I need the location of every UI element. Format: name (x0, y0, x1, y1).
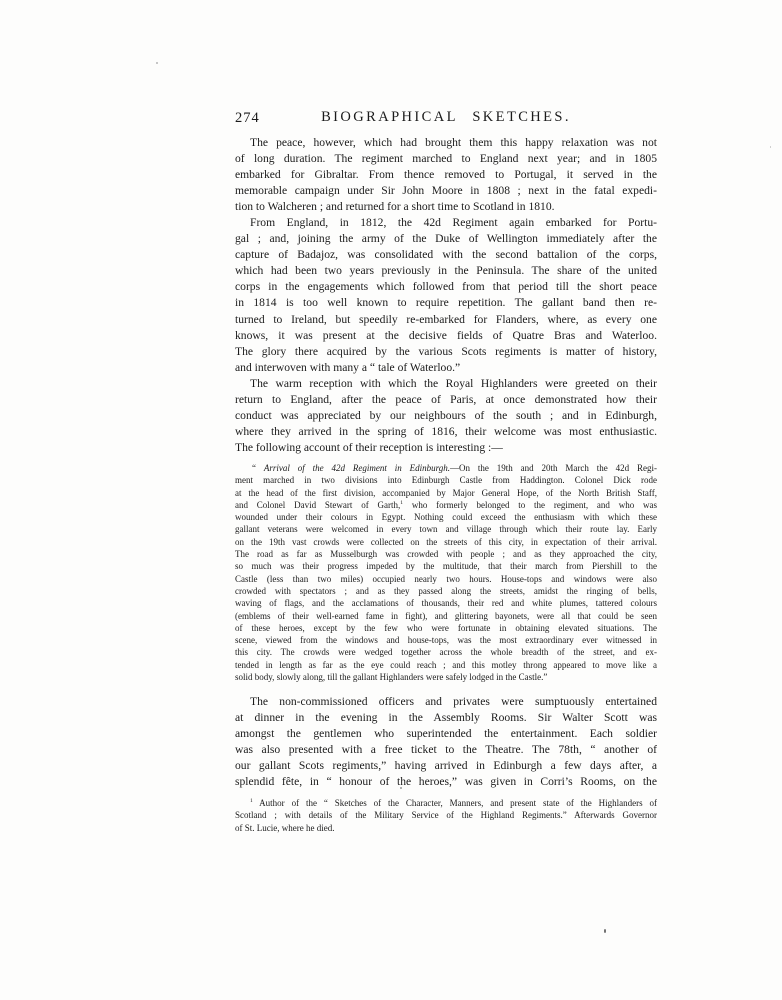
text-line: tion to Walcheren ; and returned for a s… (235, 199, 657, 215)
text-line: our gallant Scots regiments,” having arr… (235, 758, 657, 774)
text-line: The glory there acquired by the various … (235, 344, 657, 360)
text-line: Scotland ; with details of the Military … (235, 809, 657, 821)
text-line: was also presented with a free ticket to… (235, 742, 657, 758)
text-line: conduct was appreciated by our neighbour… (235, 408, 657, 424)
text-line: ment marched in two divisions into Edinb… (235, 474, 657, 486)
text-line: tended in length as far as the eye could… (235, 659, 657, 671)
text-line: so much was their progress impeded by th… (235, 560, 657, 572)
text-line: The following account of their reception… (235, 440, 657, 456)
text-line: of long duration. The regiment marched t… (235, 151, 657, 167)
text-line: wounded under their colours in Egypt. No… (235, 511, 657, 523)
text-line: “ Arrival of the 42d Regiment in Edinbur… (235, 462, 657, 474)
text-line: memorable campaign under Sir John Moore … (235, 183, 657, 199)
text-line: and interwoven with many a “ tale of Wat… (235, 360, 657, 376)
text-line: on the 19th vast crowds were collected o… (235, 536, 657, 548)
text-line: this city. The crowds were wedged togeth… (235, 646, 657, 658)
scan-speck (770, 146, 771, 148)
text-line: gal ; and, joining the army of the Duke … (235, 231, 657, 247)
text-line: capture of Badajoz, was consolidated wit… (235, 247, 657, 263)
scan-speck (400, 787, 402, 789)
text-line: at dinner in the evening in the Assembly… (235, 710, 657, 726)
text-line: The peace, however, which had brought th… (235, 135, 657, 151)
text-line: where they arrived in the spring of 1816… (235, 424, 657, 440)
text-line: From England, in 1812, the 42d Regiment … (235, 215, 657, 231)
text-line: and Colonel David Stewart of Garth,1 who… (235, 499, 657, 511)
scan-speck (156, 62, 158, 64)
text-line: The non-commissioned officers and privat… (235, 694, 657, 710)
text-line: solid body, slowly along, till the galla… (235, 671, 657, 683)
text-line: crowded with spectators ; and as they pa… (235, 585, 657, 597)
text-line: in 1814 is too well known to require rep… (235, 295, 657, 311)
paragraph: From England, in 1812, the 42d Regiment … (235, 215, 657, 376)
text-line: 1 Author of the “ Sketches of the Charac… (235, 797, 657, 809)
book-page: 274 BIOGRAPHICAL SKETCHES. The peace, ho… (0, 0, 782, 1000)
text-line: amongst the gentlemen who superintended … (235, 726, 657, 742)
text-line: knows, it was present at the decisive fi… (235, 328, 657, 344)
text-line: splendid fête, in “ honour of the heroes… (235, 774, 657, 790)
text-line: Castle (less than two miles) occupied ne… (235, 573, 657, 585)
paragraph: The non-commissioned officers and privat… (235, 694, 657, 791)
text-column: The peace, however, which had brought th… (235, 0, 657, 1000)
block-quote: “ Arrival of the 42d Regiment in Edinbur… (235, 462, 657, 683)
text-line: corps in the engagements which followed … (235, 279, 657, 295)
text-line: The warm reception with which the Royal … (235, 376, 657, 392)
text-line: embarked for Gibraltar. From thence remo… (235, 167, 657, 183)
text-line: scene, viewed from the windows and house… (235, 634, 657, 646)
text-line: waving of flags, and the acclamations of… (235, 597, 657, 609)
paragraph: The warm reception with which the Royal … (235, 376, 657, 456)
footnote: 1 Author of the “ Sketches of the Charac… (235, 797, 657, 834)
text-line: of these heroes, except by the few who w… (235, 622, 657, 634)
text-line: The road as far as Musselburgh was crowd… (235, 548, 657, 560)
text-line: gallant veterans were welcomed in every … (235, 523, 657, 535)
text-line: turned to Ireland, but speedily re-embar… (235, 312, 657, 328)
paragraph: The peace, however, which had brought th… (235, 135, 657, 215)
text-line: (emblems of their well-earned fame in fi… (235, 610, 657, 622)
scan-speck (604, 929, 606, 933)
text-line: at the head of the first division, accom… (235, 487, 657, 499)
text-line: return to England, after the peace of Pa… (235, 392, 657, 408)
text-line: of St. Lucie, where he died. (235, 822, 657, 834)
text-line: which had been two years previously in t… (235, 263, 657, 279)
